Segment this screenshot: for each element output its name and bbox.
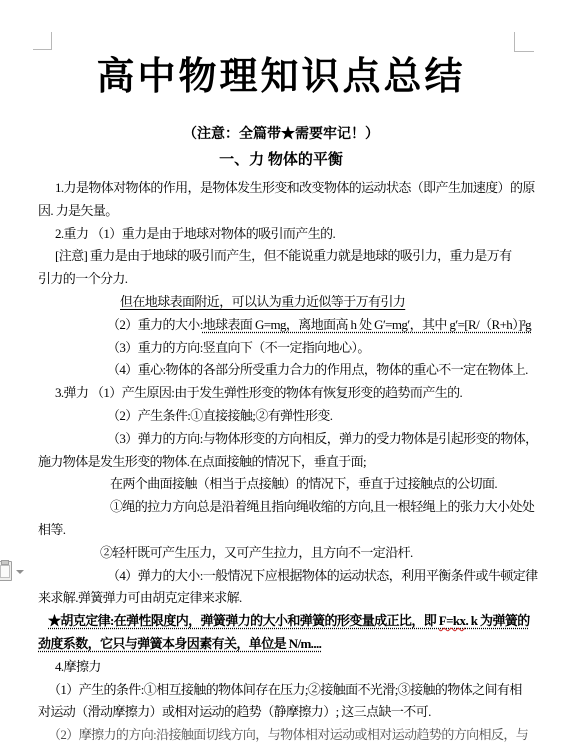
spellcheck-flagged-text: F=kx (439, 613, 466, 628)
text-segment: （1）产生的条件:①相互接触的物体间存在压力;②接触面不光滑;③接触的物体之间有… (48, 682, 522, 697)
text-segment: （3）重力的方向:竖直向下（不一定指向地心）。 (107, 340, 370, 355)
document-body: 1.力是物体对物体的作用，是物体发生形变和改变物体的运动状态（即产生加速度）的原… (38, 177, 530, 747)
text-segment: 3.弹力 （1）产生原因:由于发生弹性形变的物体有恢复形变的趋势而产生的. (55, 385, 462, 400)
text-line: （1）产生的条件:①相互接触的物体间存在压力;②接触面不光滑;③接触的物体之间有… (38, 679, 530, 702)
text-segment: 引力的一个分力. (38, 271, 127, 286)
text-line: 在两个曲面接触（相当于点接触）的情况下，垂直于过接触点的公切面. (38, 473, 530, 496)
text-segment: （3）弹力的方向:与物体形变的方向相反，弹力的受力物体是引起形变的物体， (107, 431, 538, 446)
text-line: 1.力是物体对物体的作用，是物体发生形变和改变物体的运动状态（即产生加速度）的原 (38, 177, 530, 200)
text-line: [注意] 重力是由于地球的吸引而产生，但不能说重力就是地球的吸引力，重力是万有 (38, 245, 530, 268)
text-segment: 来求解.弹簧弹力可由胡克定律来求解. (38, 590, 242, 605)
text-line: （2）重力的大小:地球表面 G=mg，离地面高 h 处 G′=mg′，其中 g′… (38, 314, 530, 337)
text-segment: 因. 力是矢量。 (38, 203, 118, 218)
notice-line: （注意：全篇带★需要牢记！） (0, 124, 562, 146)
paste-options-button[interactable] (0, 561, 23, 583)
text-line: （3）弹力的方向:与物体形变的方向相反，弹力的受力物体是引起形变的物体， (38, 428, 530, 451)
chevron-down-icon (16, 570, 24, 574)
text-line: 2.重力 （1）重力是由于地球对物体的吸引而产生的. (38, 223, 530, 246)
text-line: （4）重心:物体的各部分所受重力合力的作用点，物体的重心不一定在物体上. (38, 359, 530, 382)
text-line: 3.弹力 （1）产生原因:由于发生弹性形变的物体有恢复形变的趋势而产生的. (38, 382, 530, 405)
text-line: 引力的一个分力. (38, 268, 530, 291)
text-line: （4）弹力的大小:一般情况下应根据物体的运动状态，利用平衡条件或牛顿定律 (38, 565, 530, 588)
clipboard-icon (0, 561, 12, 581)
text-line: （2）摩擦力的方向:沿接触面切线方向，与物体相对运动或相对运动趋势的方向相反，与 (38, 724, 530, 747)
text-line: ★胡克定律:在弹性限度内，弹簧弹力的大小和弹簧的形变量成正比，即 F=kx. k… (38, 610, 530, 633)
text-segment: ①绳的拉力方向总是沿着绳且指向绳收缩的方向,且一根轻绳上的张力大小处处 (110, 499, 534, 514)
text-segment: （4）重心:物体的各部分所受重力合力的作用点，物体的重心不一定在物体上. (107, 362, 528, 377)
text-segment: 1.力是物体对物体的作用，是物体发生形变和改变物体的运动状态（即产生加速度）的原 (55, 180, 535, 195)
text-segment: 在两个曲面接触（相当于点接触）的情况下，垂直于过接触点的公切面. (110, 476, 497, 491)
text-line: ②轻杆既可产生压力，又可产生拉力，且方向不一定沿杆. (38, 542, 530, 565)
text-segment: . k 为弹簧的 (465, 613, 529, 628)
text-segment: 相等. (38, 522, 65, 537)
text-segment: ★胡克定律:在弹性限度内，弹簧弹力的大小和弹簧的形变量成正比，即 (48, 613, 439, 628)
text-line: 4.摩擦力 (38, 656, 530, 679)
text-segment: 但在地球表面附近，可以认为重力近似等于万有引力 (120, 294, 405, 309)
text-line: 劲度系数，它只与弹簧本身因素有关，单位是 N/m.... (38, 633, 530, 656)
text-line: 来求解.弹簧弹力可由胡克定律来求解. (38, 587, 530, 610)
text-segment: （2）摩擦力的方向:沿接触面切线方向，与物体相对运动或相对运动趋势的方向相反，与 (48, 727, 528, 742)
text-segment: 4.摩擦力 (55, 659, 101, 674)
text-segment: 2.重力 （1）重力是由于地球对物体的吸引而产生的. (55, 226, 335, 241)
text-line: 对运动（滑动摩擦力）或相对运动的趋势（静摩擦力）; 这三点缺一不可. (38, 701, 530, 724)
document-page: 高中物理知识点总结 （注意：全篇带★需要牢记！） 一、力 物体的平衡 1.力是物… (0, 0, 562, 747)
text-segment: （4）弹力的大小:一般情况下应根据物体的运动状态，利用平衡条件或牛顿定律 (107, 568, 538, 583)
text-segment: （2）产生条件:①直接接触;②有弹性形变. (107, 408, 332, 423)
text-line: 但在地球表面附近，可以认为重力近似等于万有引力 (38, 291, 530, 314)
text-segment: 施力物体是发生形变的物体.在点面接触的情况下，垂直于面; (38, 454, 366, 469)
page-title: 高中物理知识点总结 (0, 48, 562, 106)
text-segment: ②轻杆既可产生压力，又可产生拉力，且方向不一定沿杆. (100, 545, 413, 560)
text-segment: 劲度系数，它只与弹簧本身因素有关，单位是 N/m.... (38, 636, 321, 651)
text-line: ①绳的拉力方向总是沿着绳且指向绳收缩的方向,且一根轻绳上的张力大小处处 (38, 496, 530, 519)
text-segment: （2）重力的大小: (107, 317, 203, 332)
text-line: （2）产生条件:①直接接触;②有弹性形变. (38, 405, 530, 428)
text-line: 相等. (38, 519, 530, 542)
text-line: 因. 力是矢量。 (38, 200, 530, 223)
text-line: 施力物体是发生形变的物体.在点面接触的情况下，垂直于面; (38, 451, 530, 474)
text-line: （3）重力的方向:竖直向下（不一定指向地心）。 (38, 337, 530, 360)
section-heading: 一、力 物体的平衡 (0, 148, 562, 172)
text-segment: 对运动（滑动摩擦力）或相对运动的趋势（静摩擦力）; 这三点缺一不可. (38, 704, 431, 719)
text-segment: 地球表面 G=mg，离地面高 h 处 G′=mg′，其中 g′=[R/（R+h）… (203, 317, 531, 332)
text-segment: [注意] 重力是由于地球的吸引而产生，但不能说重力就是地球的吸引力，重力是万有 (55, 248, 512, 263)
